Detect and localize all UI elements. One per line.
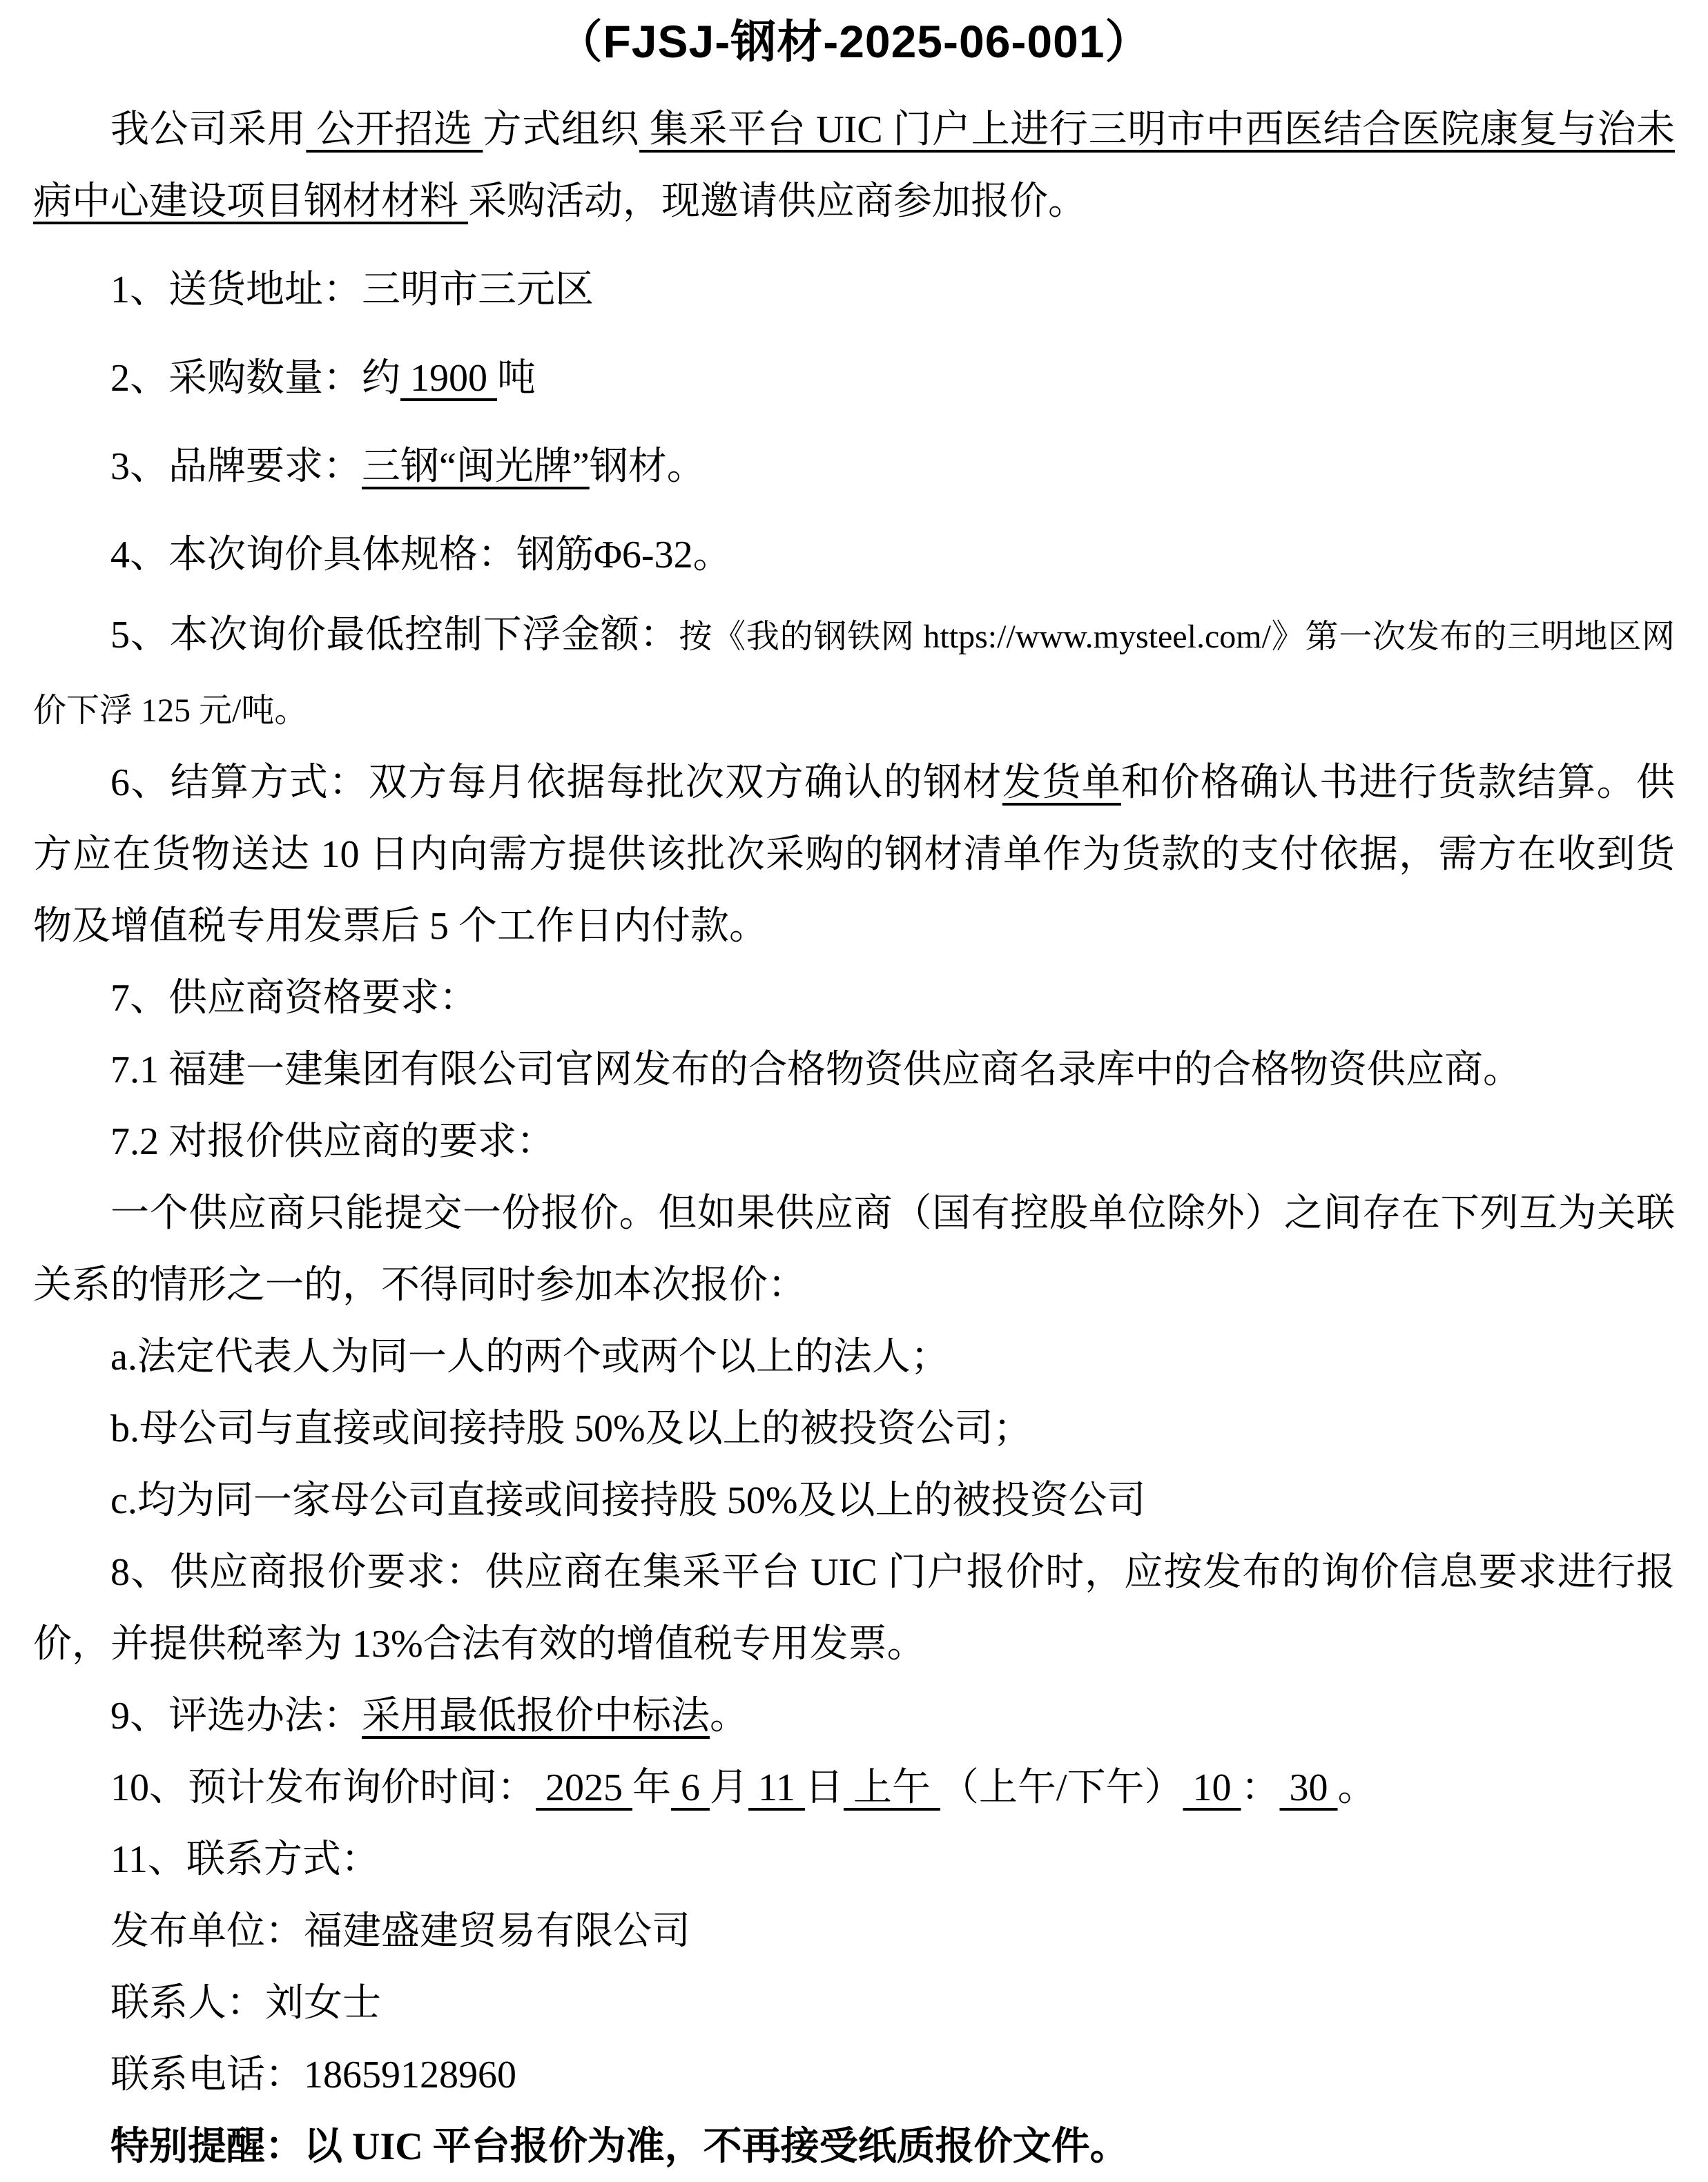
item-9-text-1: 9、评选办法： [110,1695,362,1737]
item-10-text-7: 。 [1337,1766,1376,1809]
item-10-underline-year: 2025 [536,1766,632,1809]
item-10-underline-minute: 30 [1279,1766,1337,1809]
item-7-2-paragraph: 一个供应商只能提交一份报价。但如果供应商（国有控股单位除外）之间存在下列互为关联… [33,1178,1675,1321]
item-1-delivery-address: 1、送货地址：三明市三元区 [33,254,1675,326]
document-title: （FJSJ-钢材-2025-06-001） [33,10,1675,73]
item-10-text-5: （上午/下午） [940,1766,1183,1809]
intro-paragraph: 我公司采用 公开招选 方式组织 集采平台 UIC 门户上进行三明市中西医结合医院… [33,94,1675,237]
item-7-2-clause-a: a.法定代表人为同一人的两个或两个以上的法人； [33,1321,1675,1393]
publisher-line: 发布单位：福建盛建贸易有限公司 [33,1896,1675,1967]
special-note-line: 特别提醒：以 UIC 平台报价为准，不再接受纸质报价文件。 [33,2111,1675,2182]
contact-phone-line: 联系电话：18659128960 [33,2039,1675,2111]
item-2-text-2: 吨 [497,357,536,400]
item-9-underline-rule: 采用最低报价中标法 [362,1695,710,1737]
item-2-text-1: 2、采购数量：约 [110,357,400,400]
item-5-text-1: 5、本次询价最低控制下浮金额： [110,614,679,656]
item-10-underline-ampm: 上午 [844,1766,940,1809]
item-11-contact-heading: 11、联系方式： [33,1824,1675,1896]
item-10-text-3: 月 [710,1766,748,1809]
item-2-underline-quantity: 1900 [400,357,497,400]
item-10-underline-month: 6 [671,1766,710,1809]
item-7-2-bidder-requirements: 7.2 对报价供应商的要求： [33,1106,1675,1178]
intro-text-2: 方式组织 [483,108,639,151]
item-7-2-clause-c: c.均为同一家母公司直接或间接持股 50%及以上的被投资公司 [33,1465,1675,1537]
item-2-quantity: 2、采购数量：约 1900 吨 [33,342,1675,414]
item-7-qualification: 7、供应商资格要求： [33,962,1675,1034]
item-10-text-6: ： [1241,1766,1279,1809]
item-10-underline-day: 11 [748,1766,805,1809]
intro-text-3: 采购活动，现邀请供应商参加报价。 [468,180,1087,223]
item-9-selection-method: 9、评选办法：采用最低报价中标法。 [33,1680,1675,1752]
item-6-text-1: 6、结算方式：双方每月依据每批次双方确认的钢材 [110,761,1002,804]
intro-text-1: 我公司采用 [110,108,306,151]
item-10-underline-hour: 10 [1183,1766,1241,1809]
document-page: （FJSJ-钢材-2025-06-001） 我公司采用 公开招选 方式组织 集采… [0,0,1708,2182]
item-3-brand: 3、品牌要求：三钢“闽光牌”钢材。 [33,431,1675,503]
item-10-text-2: 年 [632,1766,671,1809]
item-3-text-1: 3、品牌要求： [110,445,362,488]
item-4-specification: 4、本次询价具体规格：钢筋Φ6-32。 [33,519,1675,591]
item-7-2-clause-b: b.母公司与直接或间接持股 50%及以上的被投资公司； [33,1393,1675,1465]
item-6-settlement: 6、结算方式：双方每月依据每批次双方确认的钢材发货单和价格确认书进行货款结算。供… [33,747,1675,962]
item-3-underline-brand: 三钢“闽光牌” [362,445,590,488]
item-10-publish-time: 10、预计发布询价时间： 2025 年 6 月 11 日 上午 （上午/下午） … [33,1752,1675,1824]
item-3-text-2: 钢材。 [590,445,706,488]
item-5-price-floor: 5、本次询价最低控制下浮金额：按《我的钢铁网 https://www.myste… [33,599,1675,747]
intro-underline-method: 公开招选 [306,108,483,151]
item-8-quotation-requirements: 8、供应商报价要求：供应商在集采平台 UIC 门户报价时，应按发布的询价信息要求… [33,1537,1675,1680]
item-6-underline-delivery-note: 发货单 [1002,761,1121,804]
contact-person-line: 联系人：刘女士 [33,1967,1675,2039]
item-10-text-4: 日 [805,1766,844,1809]
item-9-text-2: 。 [710,1695,748,1737]
item-7-1-supplier-list: 7.1 福建一建集团有限公司官网发布的合格物资供应商名录库中的合格物资供应商。 [33,1034,1675,1106]
item-10-text-1: 10、预计发布询价时间： [110,1766,536,1809]
